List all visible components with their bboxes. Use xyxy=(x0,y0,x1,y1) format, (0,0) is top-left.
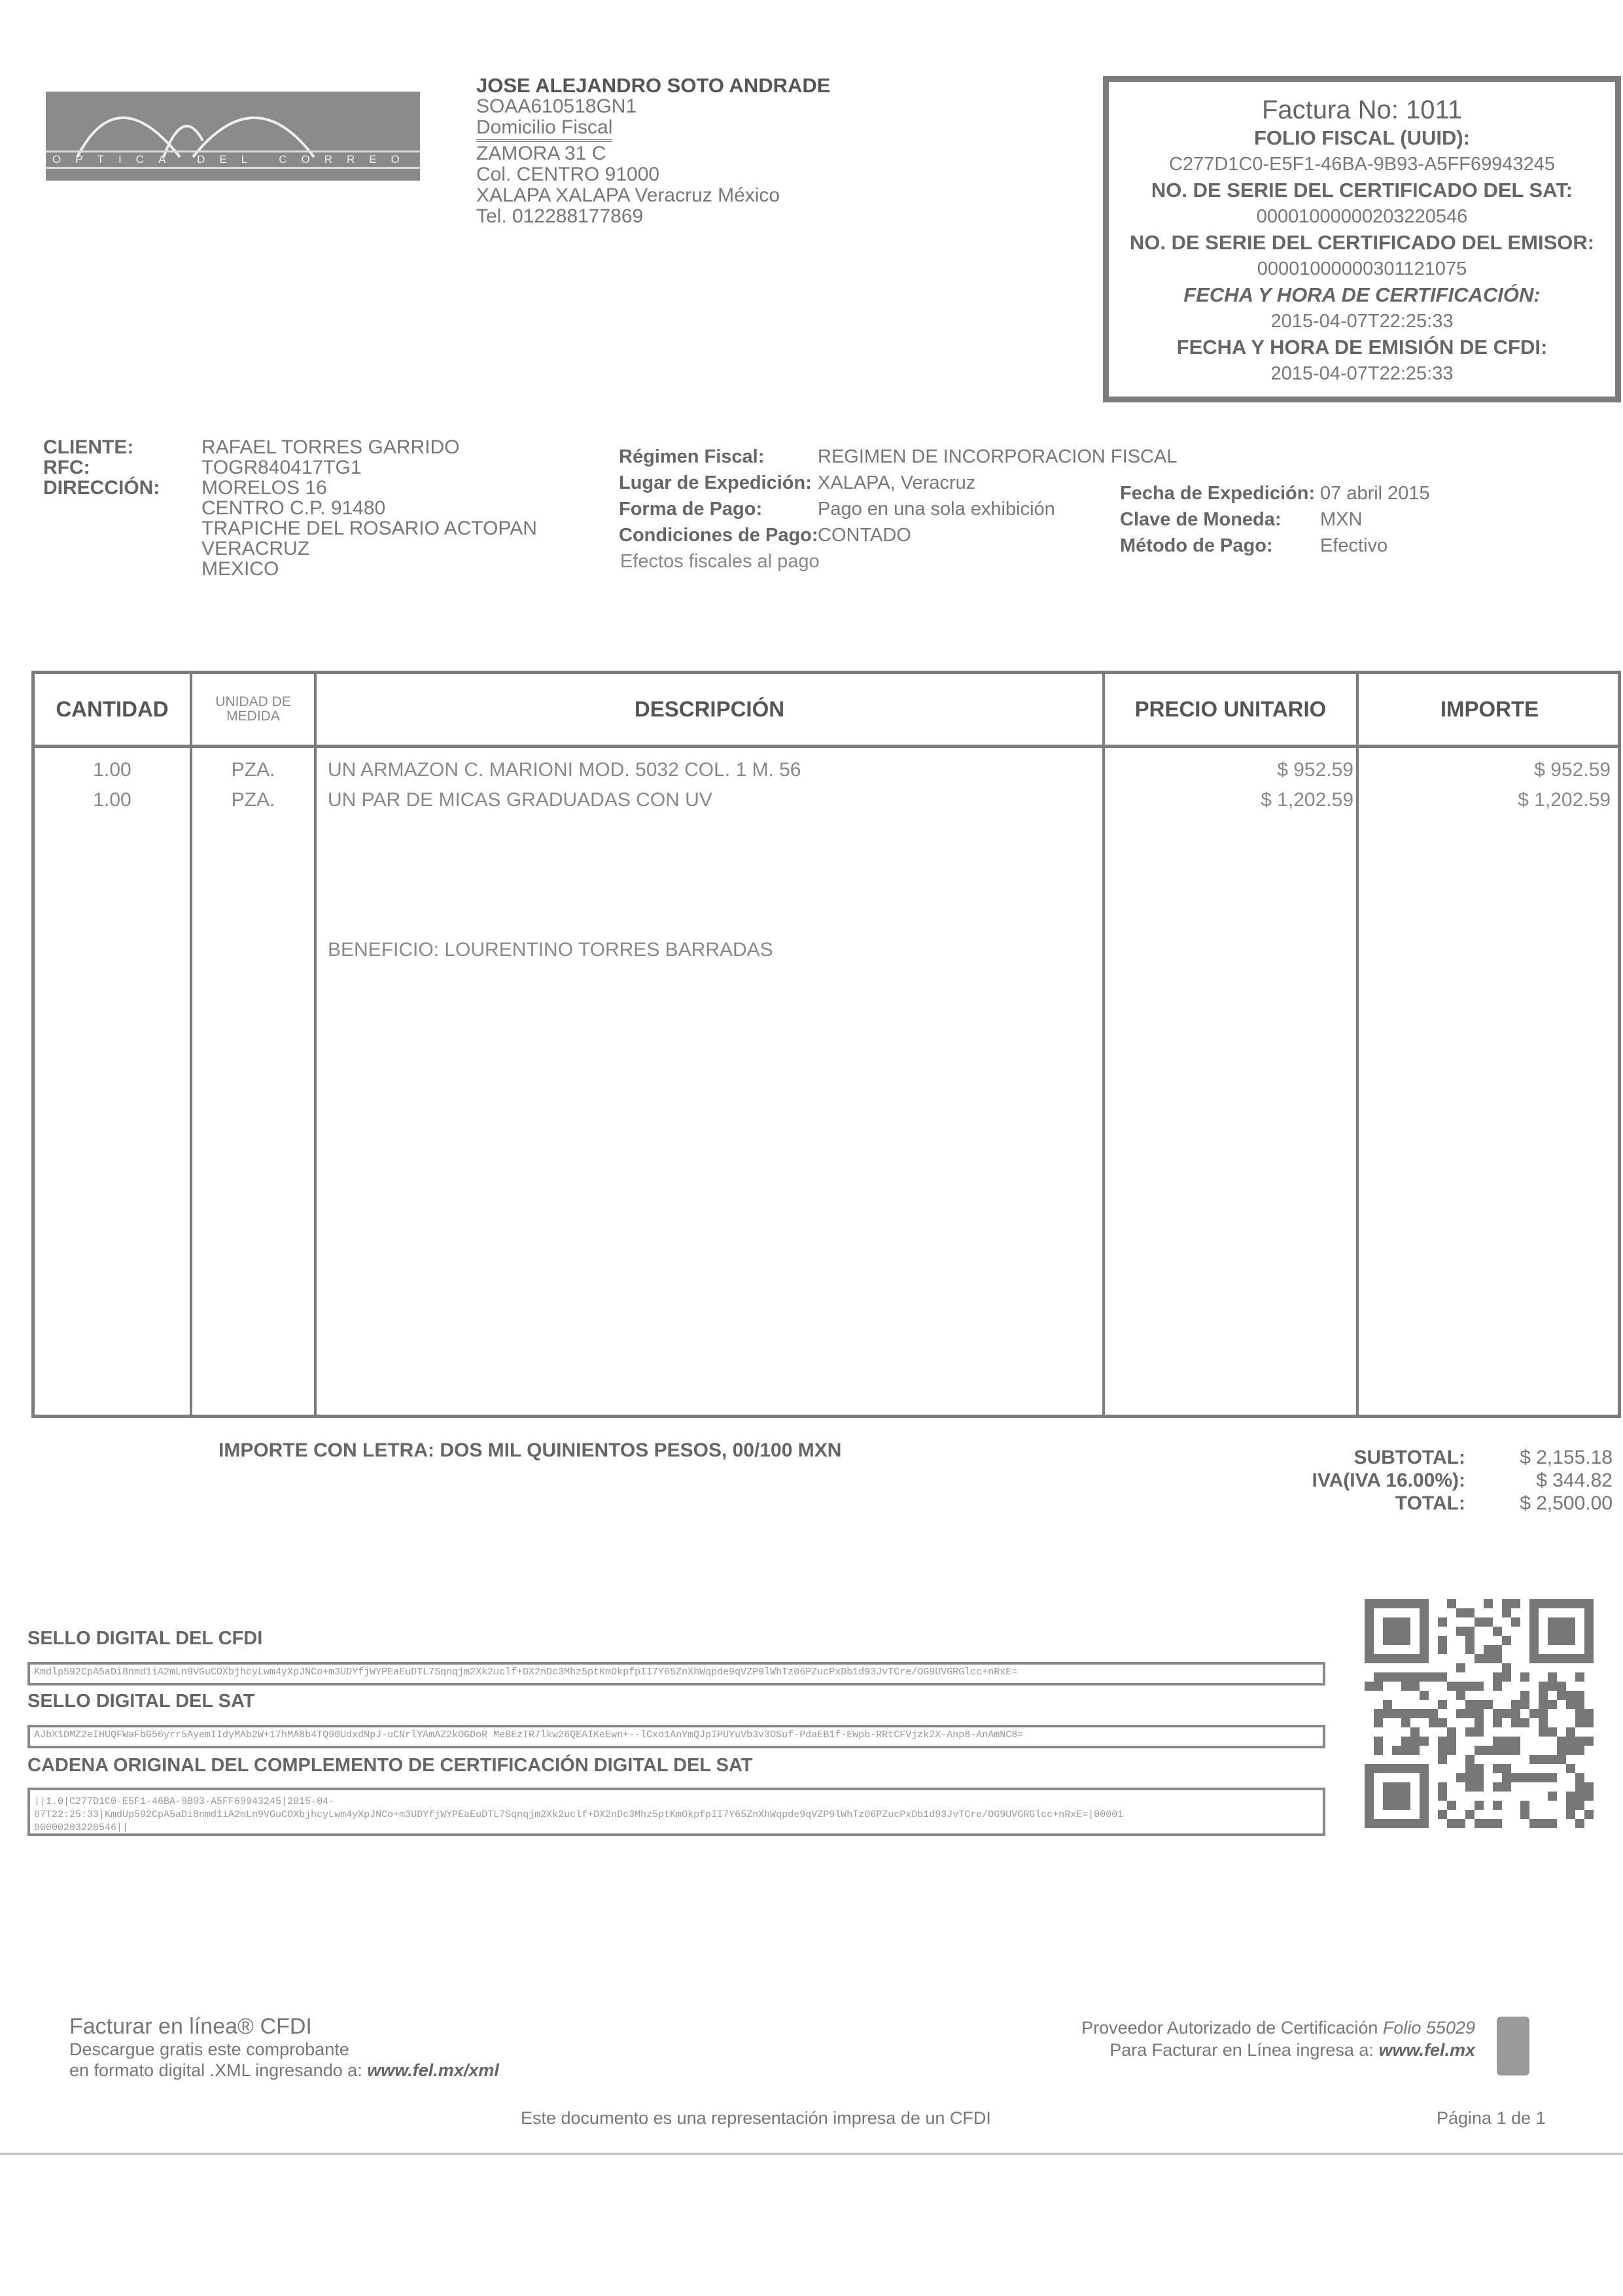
uuid-label: FOLIO FISCAL (UUID): xyxy=(1109,125,1615,151)
sello-cfdi-value: Kmdlp592CpA5aDi8nmd1iA2mLn9VGuCOXbjhcyLw… xyxy=(27,1662,1325,1686)
footer-download-line: en formato digital .XML ingresando a: xyxy=(69,2060,362,2080)
footer-brand: Facturar en línea® CFDI xyxy=(69,2014,499,2039)
client-address-line: TRAPICHE DEL ROSARIO ACTOPAN xyxy=(201,518,537,539)
xml-download-link[interactable]: www.fel.mx/xml xyxy=(367,2060,499,2080)
header-descripcion: DESCRIPCIÓN xyxy=(317,674,1102,745)
moneda-value: MXN xyxy=(1320,506,1430,533)
cadena-line: 07T22:25:33|KmdUp592CpA5aDi8nmd1iA2mLn9V… xyxy=(34,1809,1319,1822)
issuer-city: XALAPA XALAPA Veracruz México xyxy=(476,185,830,206)
cell-descripcion: UN PAR DE MICAS GRADUADAS CON UV xyxy=(328,786,1100,815)
cell-importe: $ 952.59 xyxy=(1359,756,1611,785)
issuer-phone: Tel. 012288177869 xyxy=(476,206,830,227)
client-values: RAFAEL TORRES GARRIDO TOGR840417TG1 MORE… xyxy=(201,437,537,579)
invoice-info-box: Factura No: 1011 FOLIO FISCAL (UUID): C2… xyxy=(1103,76,1621,402)
iva-label: IVA(IVA 16.00%): xyxy=(1269,1469,1465,1492)
page-number: Página 1 de 1 xyxy=(1437,2108,1546,2128)
cell-unidad: PZA. xyxy=(192,756,314,785)
sello-cfdi-label: SELLO DIGITAL DEL CFDI xyxy=(27,1628,262,1650)
footer-right: Proveedor Autorizado de Certificación Fo… xyxy=(981,2017,1475,2061)
cert-date-value: 2015-04-07T22:25:33 xyxy=(1109,308,1615,334)
logo-text: OPTICA DEL CORREO xyxy=(46,150,420,169)
issuer-colonia: Col. CENTRO 91000 xyxy=(476,164,830,185)
domicilio-fiscal-label: Domicilio Fiscal xyxy=(476,117,612,142)
client-address-line: MEXICO xyxy=(201,559,537,579)
expedition-values: 07 abril 2015 MXN Efectivo xyxy=(1320,480,1430,559)
footer-left: Facturar en línea® CFDI Descargue gratis… xyxy=(69,2014,499,2081)
header-unidad: UNIDAD DE MEDIDA xyxy=(192,674,314,745)
client-address-line: MORELOS 16 xyxy=(201,478,537,498)
direccion-label: DIRECCIÓN: xyxy=(43,478,160,498)
expedition-labels: Fecha de Expedición: Clave de Moneda: Mé… xyxy=(1120,480,1315,559)
uuid-value: C277D1C0-E5F1-46BA-9B93-A5FF69943245 xyxy=(1109,151,1615,177)
column-divider xyxy=(314,674,317,1415)
sello-sat-label: SELLO DIGITAL DEL SAT xyxy=(27,1691,254,1712)
emission-date-label: FECHA Y HORA DE EMISIÓN DE CFDI: xyxy=(1109,334,1615,361)
cell-cantidad: 1.00 xyxy=(35,786,190,815)
emisor-cert-label: NO. DE SERIE DEL CERTIFICADO DEL EMISOR: xyxy=(1109,230,1615,256)
representation-note: Este documento es una representación imp… xyxy=(521,2108,991,2128)
subtotal-label: SUBTOTAL: xyxy=(1269,1446,1465,1469)
qr-code-icon xyxy=(1365,1599,1594,1828)
fel-site-link[interactable]: www.fel.mx xyxy=(1378,2040,1475,2060)
cert-date-label: FECHA Y HORA DE CERTIFICACIÓN: xyxy=(1109,282,1615,308)
fiscal-labels: Régimen Fiscal: Lugar de Expedición: For… xyxy=(619,444,818,574)
client-name: RAFAEL TORRES GARRIDO xyxy=(201,437,537,457)
client-address-line: VERACRUZ xyxy=(201,539,537,559)
regimen-label: Régimen Fiscal: xyxy=(619,444,818,470)
client-rfc: TOGR840417TG1 xyxy=(201,457,537,478)
company-logo: OPTICA DEL CORREO xyxy=(46,92,420,181)
provider-text: Proveedor Autorizado de Certificación xyxy=(1081,2018,1378,2038)
metodo-value: Efectivo xyxy=(1320,533,1430,559)
issuer-rfc: SOAA610518GN1 xyxy=(476,96,830,117)
cell-descripcion: UN ARMAZON C. MARIONI MOD. 5032 COL. 1 M… xyxy=(328,756,1100,785)
header-precio: PRECIO UNITARIO xyxy=(1105,674,1356,745)
totals-values: $ 2,155.18 $ 344.82 $ 2,500.00 xyxy=(1478,1446,1613,1515)
cell-precio: $ 952.59 xyxy=(1105,756,1353,785)
amount-in-words: IMPORTE CON LETRA: DOS MIL QUINIENTOS PE… xyxy=(218,1439,841,1462)
rfc-label: RFC: xyxy=(43,457,160,478)
items-table: CANTIDAD UNIDAD DE MEDIDA DESCRIPCIÓN PR… xyxy=(31,671,1621,1418)
cell-precio: $ 1,202.59 xyxy=(1105,786,1353,815)
sat-cert-label: NO. DE SERIE DEL CERTIFICADO DEL SAT: xyxy=(1109,177,1615,203)
cadena-line: 00000203220546|| xyxy=(34,1822,1319,1835)
provider-folio: Folio 55029 xyxy=(1383,2018,1475,2038)
cell-unidad: PZA. xyxy=(192,786,314,815)
header-divider xyxy=(35,745,1618,748)
beneficiary-note: BENEFICIO: LOURENTINO TORRES BARRADAS xyxy=(328,936,773,964)
certification-seal-icon xyxy=(1497,2017,1529,2075)
regimen-value: REGIMEN DE INCORPORACION FISCAL xyxy=(818,444,1177,470)
sello-sat-value: AJbX1DMZ2eIHUQFWaFbG56yrr5AyemIIdyMAb2W+… xyxy=(27,1725,1325,1748)
moneda-label: Clave de Moneda: xyxy=(1120,506,1315,533)
issuer-street: ZAMORA 31 C xyxy=(476,143,830,164)
footer-download-line: Descargue gratis este comprobante xyxy=(69,2039,499,2060)
iva-value: $ 344.82 xyxy=(1478,1469,1613,1492)
cadena-original-value: ||1.0|C277D1C0-E5F1-46BA-9B93-A5FF699432… xyxy=(27,1788,1325,1836)
emisor-cert-value: 00001000000301121075 xyxy=(1109,256,1615,282)
total-label: TOTAL: xyxy=(1269,1492,1465,1515)
lugar-label: Lugar de Expedición: xyxy=(619,470,818,496)
cell-importe: $ 1,202.59 xyxy=(1359,786,1611,815)
forma-pago-label: Forma de Pago: xyxy=(619,496,818,522)
column-divider xyxy=(1356,674,1359,1415)
column-divider xyxy=(190,674,192,1415)
emission-date-value: 2015-04-07T22:25:33 xyxy=(1109,361,1615,387)
cliente-label: CLIENTE: xyxy=(43,437,160,457)
client-labels: CLIENTE: RFC: DIRECCIÓN: xyxy=(43,437,160,498)
condiciones-label: Condiciones de Pago: xyxy=(619,522,818,548)
total-value: $ 2,500.00 xyxy=(1478,1492,1613,1515)
fecha-exp-value: 07 abril 2015 xyxy=(1320,480,1430,506)
invoice-number: Factura No: 1011 xyxy=(1109,95,1615,125)
sat-cert-value: 00001000000203220546 xyxy=(1109,203,1615,230)
column-divider xyxy=(1102,674,1105,1415)
cadena-original-label: CADENA ORIGINAL DEL COMPLEMENTO DE CERTI… xyxy=(27,1755,753,1776)
efectos-fiscales: Efectos fiscales al pago xyxy=(620,548,820,574)
cadena-line: ||1.0|C277D1C0-E5F1-46BA-9B93-A5FF699432… xyxy=(34,1795,1319,1809)
para-facturar-text: Para Facturar en Línea ingresa a: xyxy=(1109,2040,1374,2060)
metodo-label: Método de Pago: xyxy=(1120,533,1315,559)
subtotal-value: $ 2,155.18 xyxy=(1478,1446,1613,1469)
page-bottom-rule xyxy=(0,2153,1623,2155)
totals-labels: SUBTOTAL: IVA(IVA 16.00%): TOTAL: xyxy=(1269,1446,1465,1515)
cell-cantidad: 1.00 xyxy=(35,756,190,785)
header-cantidad: CANTIDAD xyxy=(35,674,190,745)
client-address-line: CENTRO C.P. 91480 xyxy=(201,498,537,518)
issuer-block: JOSE ALEJANDRO SOTO ANDRADE SOAA610518GN… xyxy=(476,75,830,227)
issuer-name: JOSE ALEJANDRO SOTO ANDRADE xyxy=(476,75,830,96)
header-importe: IMPORTE xyxy=(1359,674,1620,745)
fecha-exp-label: Fecha de Expedición: xyxy=(1120,480,1315,506)
